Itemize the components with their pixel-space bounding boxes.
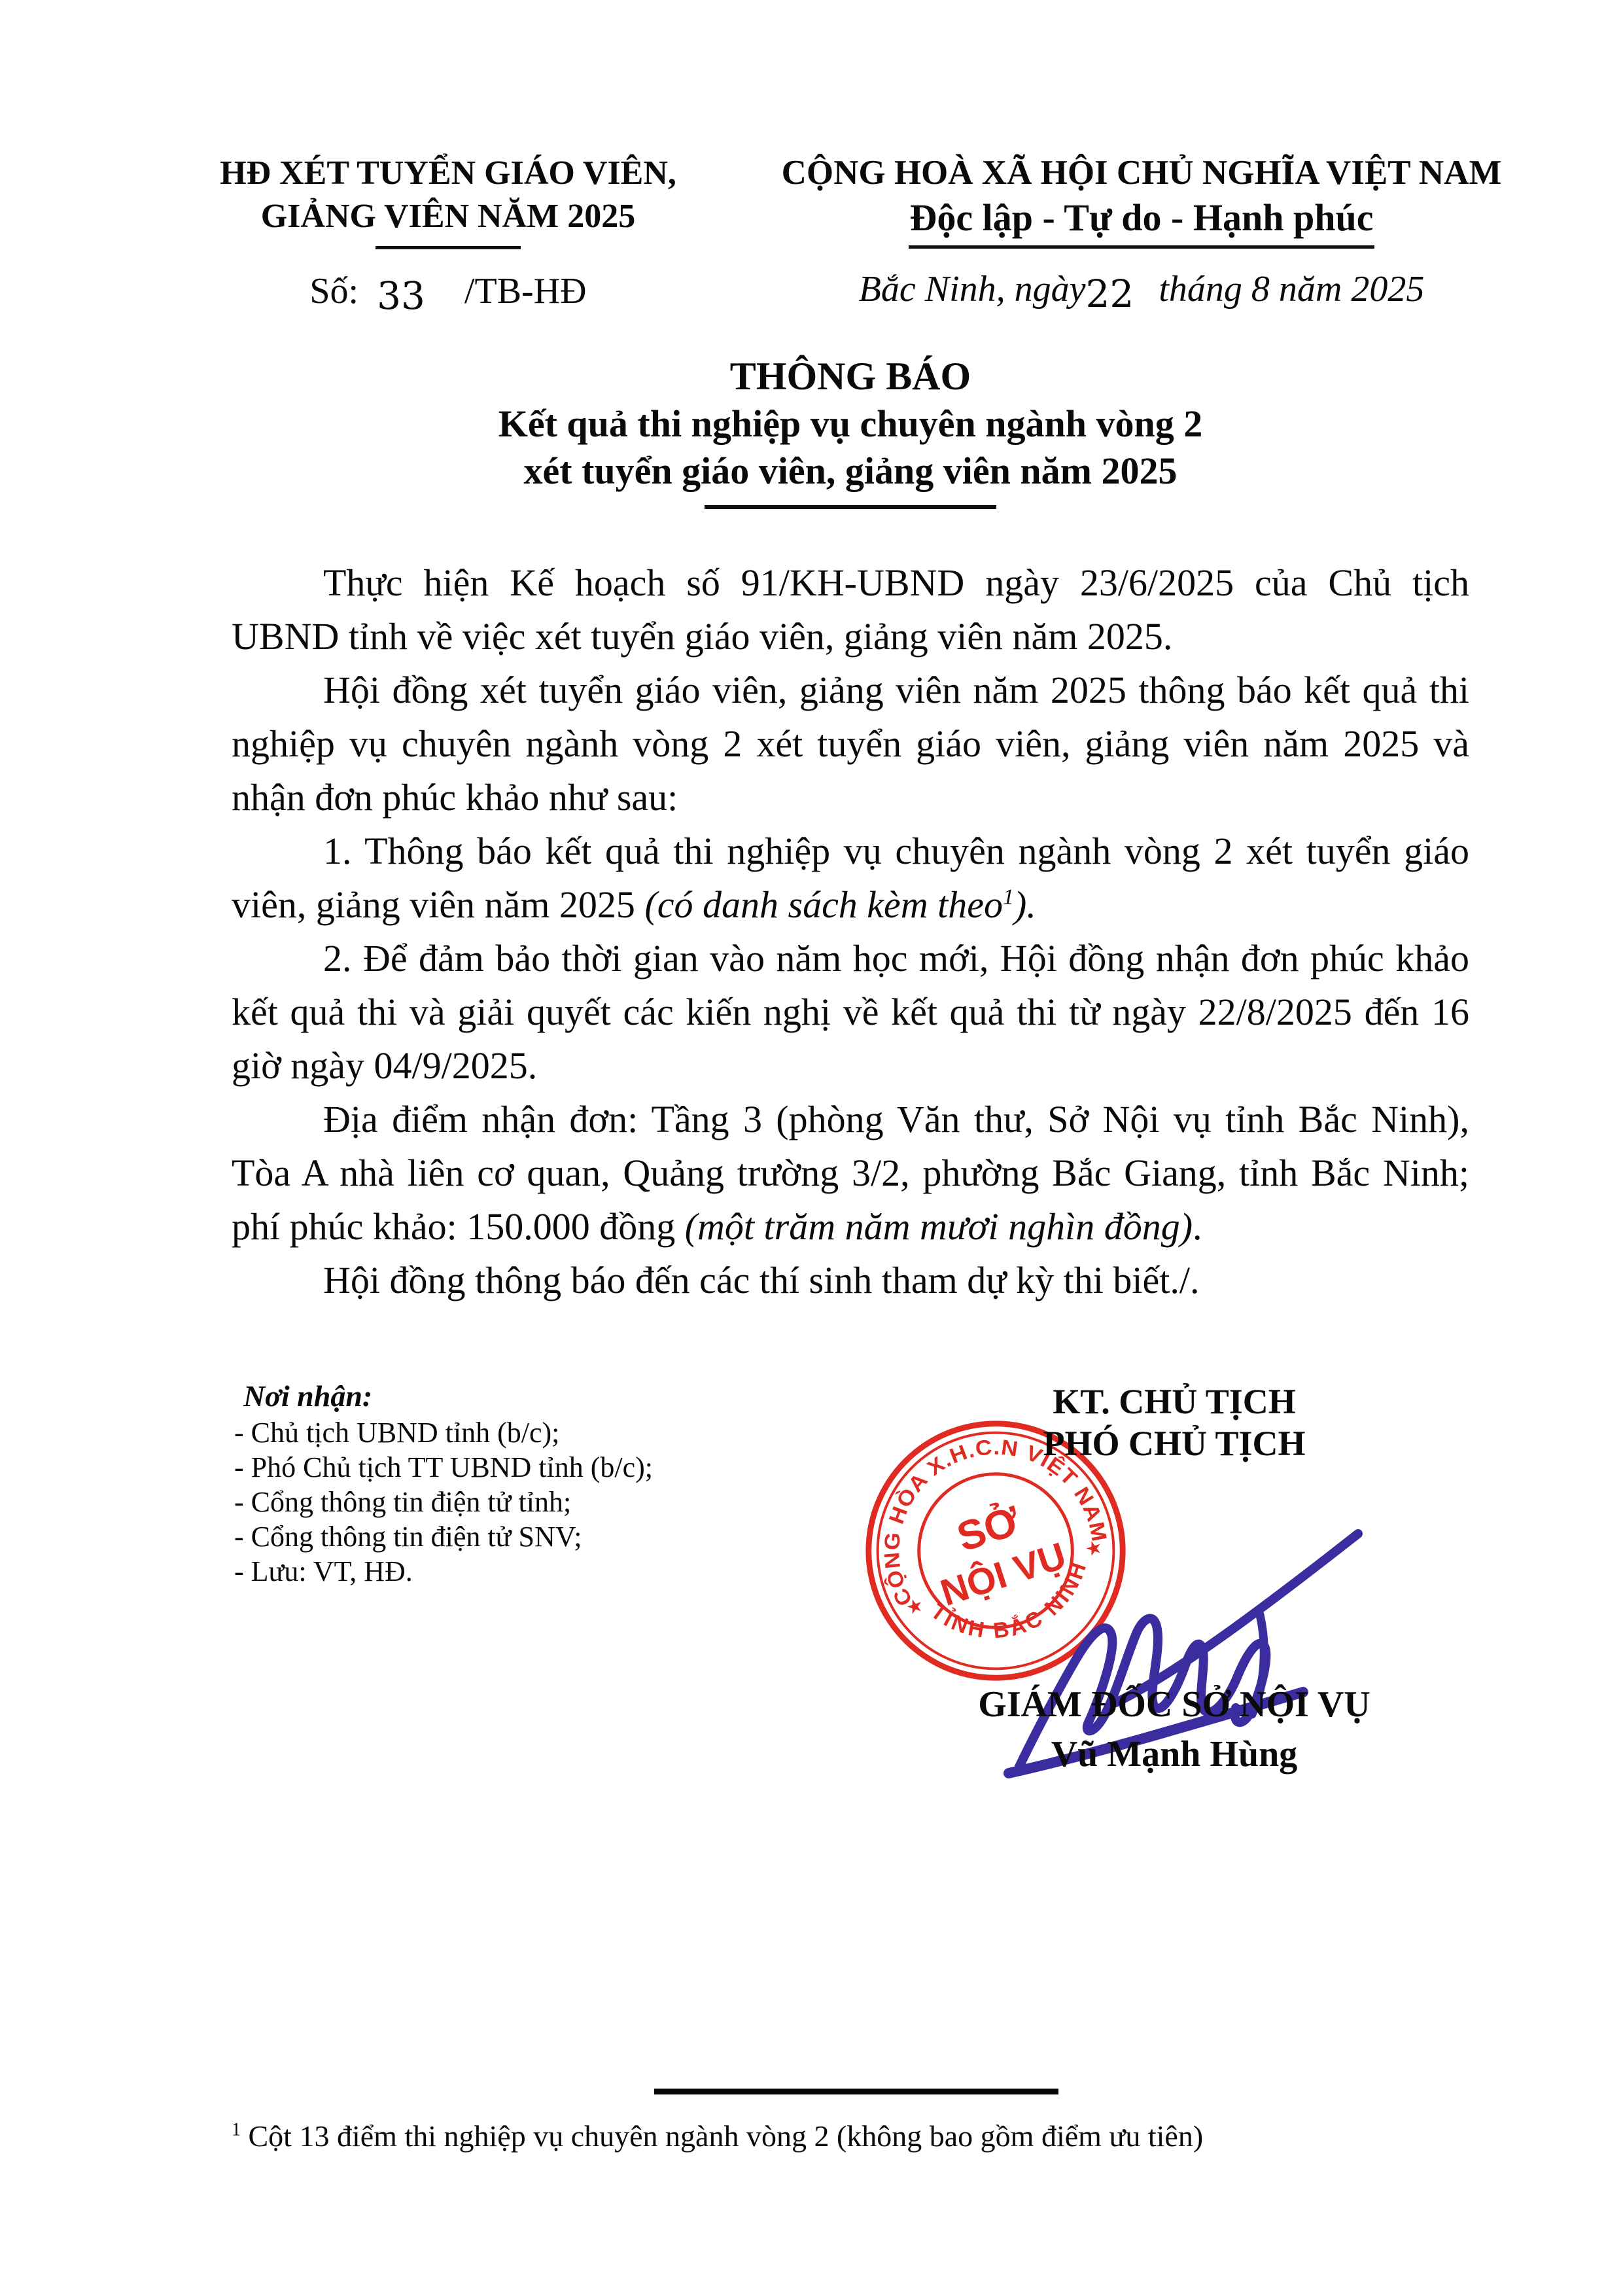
recipient-item: - Cổng thông tin điện tử tỉnh; — [234, 1485, 862, 1519]
signer-name-block: GIÁM ĐỐC SỞ NỘI VỤ Vũ Mạnh Hùng — [886, 1682, 1462, 1777]
national-motto: Độc lập - Tự do - Hạnh phúc — [762, 195, 1521, 241]
paragraph-6: Hội đồng thông báo đến các thí sinh tham… — [232, 1254, 1469, 1307]
place-date-suffix: tháng 8 năm 2025 — [1159, 269, 1424, 309]
signer-name: Vũ Mạnh Hùng — [886, 1731, 1462, 1777]
paragraph-1: Thực hiện Kế hoạch số 91/KH-UBND ngày 23… — [232, 556, 1469, 663]
paragraph-5: Địa điểm nhận đơn: Tầng 3 (phòng Văn thư… — [232, 1093, 1469, 1254]
paragraph-5-italic: (một trăm năm mươi nghìn đồng) — [685, 1205, 1193, 1248]
footnote-text: Cột 13 điểm thi nghiệp vụ chuyên ngành v… — [241, 2119, 1203, 2153]
footnote: 1 Cột 13 điểm thi nghiệp vụ chuyên ngành… — [232, 2117, 1475, 2155]
document-number-value: 33 — [377, 274, 425, 318]
footnote-marker: 1 — [232, 2120, 241, 2140]
document-subject-line2: xét tuyển giáo viên, giảng viên năm 2025 — [232, 448, 1469, 495]
document-body: Thực hiện Kế hoạch số 91/KH-UBND ngày 23… — [232, 556, 1469, 1307]
footnote-separator — [654, 2089, 1058, 2094]
paragraph-5-close: . — [1193, 1205, 1202, 1248]
issuing-authority-line1: HĐ XÉT TUYỂN GIÁO VIÊN, — [196, 152, 700, 195]
document-type-title: THÔNG BÁO — [232, 352, 1469, 400]
paragraph-3-close: ). — [1014, 883, 1036, 926]
paragraph-4: 2. Để đảm bảo thời gian vào năm học mới,… — [232, 932, 1469, 1093]
document-number-line: Số:33/TB-HĐ — [196, 268, 700, 312]
date-day-value: 22 — [1086, 272, 1134, 316]
issuing-authority-line2: GIẢNG VIÊN NĂM 2025 — [196, 195, 700, 238]
paragraph-2: Hội đồng xét tuyển giáo viên, giảng viên… — [232, 663, 1469, 824]
document-subject-line1: Kết quả thi nghiệp vụ chuyên ngành vòng … — [232, 400, 1469, 448]
document-number-label: Số: — [309, 271, 358, 311]
paragraph-3-italic: (có danh sách kèm theo — [644, 883, 1003, 926]
recipients-block: Nơi nhận: - Chủ tịch UBND tỉnh (b/c); - … — [234, 1377, 862, 1589]
signer-position: GIÁM ĐỐC SỞ NỘI VỤ — [886, 1682, 1462, 1727]
stamp-star-left-icon: ★ — [905, 1595, 925, 1617]
paragraph-3: 1. Thông báo kết quả thi nghiệp vụ chuyê… — [232, 824, 1469, 932]
document-page: HĐ XÉT TUYỂN GIÁO VIÊN, GIẢNG VIÊN NĂM 2… — [0, 0, 1623, 2296]
title-rule — [705, 505, 996, 509]
issuing-authority-rule — [375, 246, 521, 249]
recipient-item: - Chủ tịch UBND tỉnh (b/c); — [234, 1415, 862, 1450]
recipient-item: - Cổng thông tin điện tử SNV; — [234, 1519, 862, 1554]
recipients-header: Nơi nhận: — [234, 1377, 862, 1415]
title-block: THÔNG BÁO Kết quả thi nghiệp vụ chuyên n… — [232, 352, 1469, 509]
place-date-line: Bắc Ninh, ngày22tháng 8 năm 2025 — [762, 266, 1521, 310]
national-title: CỘNG HOÀ XÃ HỘI CHỦ NGHĨA VIỆT NAM — [762, 152, 1521, 194]
recipient-item: - Phó Chủ tịch TT UBND tỉnh (b/c); — [234, 1450, 862, 1485]
paragraph-3-footnote-ref: 1 — [1003, 885, 1014, 910]
recipient-item: - Lưu: VT, HĐ. — [234, 1554, 862, 1589]
national-motto-rule — [909, 245, 1374, 249]
issuing-authority-block: HĐ XÉT TUYỂN GIÁO VIÊN, GIẢNG VIÊN NĂM 2… — [196, 152, 700, 312]
document-number-suffix: /TB-HĐ — [464, 271, 587, 311]
place-date-prefix: Bắc Ninh, ngày — [859, 269, 1086, 309]
national-motto-block: CỘNG HOÀ XÃ HỘI CHỦ NGHĨA VIỆT NAM Độc l… — [762, 152, 1521, 310]
